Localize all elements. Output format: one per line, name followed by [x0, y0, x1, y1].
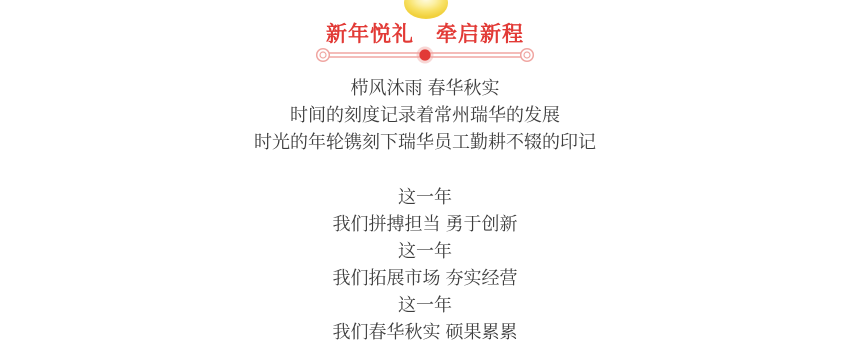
title-divider [0, 46, 850, 64]
promo-page: 新年悦礼 牵启新程 栉风沐雨 春华秋实 时间的刻度记录着常州瑞华的发展 时光的年… [0, 0, 850, 360]
gold-coin-icon [404, 0, 448, 19]
text-line: 时间的刻度记录着常州瑞华的发展 [0, 102, 850, 129]
text-line: 我们拓展市场 夯实经营 [0, 265, 850, 292]
ornamental-divider-icon [315, 46, 535, 64]
page-title: 新年悦礼 牵启新程 [0, 22, 850, 48]
text-line: 栉风沐雨 春华秋实 [0, 75, 850, 102]
text-line: 我们拼搏担当 勇于创新 [0, 211, 850, 238]
text-line: 时光的年轮镌刻下瑞华员工勤耕不辍的印记 [0, 129, 850, 156]
text-line: 这一年 [0, 292, 850, 319]
text-line: 这一年 [0, 184, 850, 211]
intro-paragraph: 栉风沐雨 春华秋实 时间的刻度记录着常州瑞华的发展 时光的年轮镌刻下瑞华员工勤耕… [0, 75, 850, 156]
text-line: 我们春华秋实 硕果累累 [0, 319, 850, 346]
text-line: 这一年 [0, 238, 850, 265]
year-review-paragraph: 这一年 我们拼搏担当 勇于创新 这一年 我们拓展市场 夯实经营 这一年 我们春华… [0, 184, 850, 346]
